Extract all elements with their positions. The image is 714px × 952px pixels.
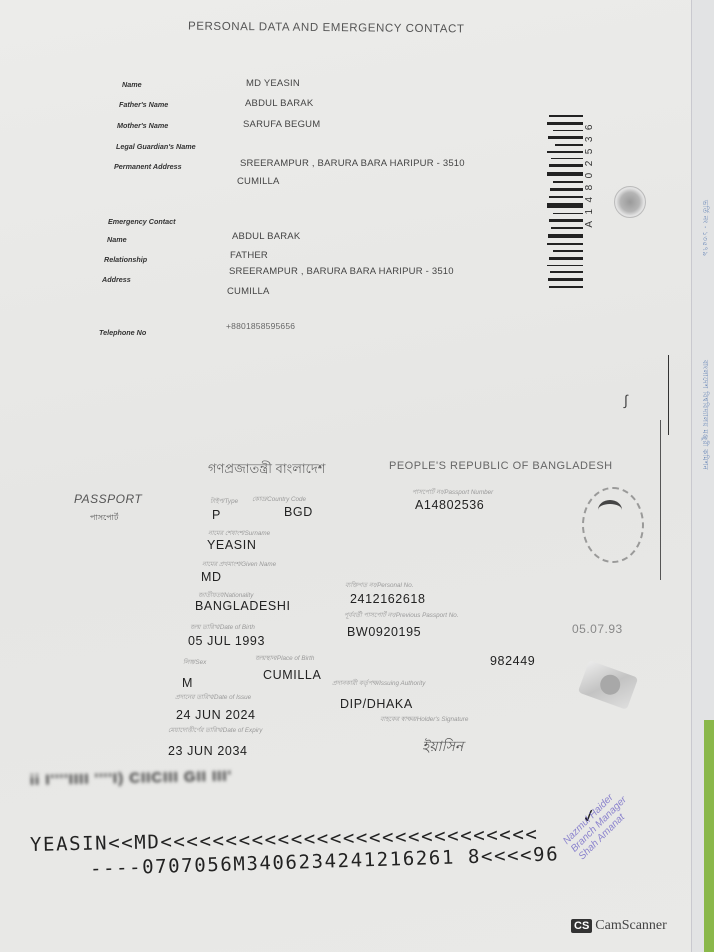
value-nationality: BANGLADESHI [195,599,291,613]
caption-country-code: কোড/Country Code [252,494,306,505]
value-type: P [212,508,221,522]
value-surname: YEASIN [207,538,256,552]
value-relationship: FATHER [230,250,268,261]
value-emergency-name: ABDUL BARAK [232,231,300,242]
value-country-code: BGD [284,505,313,519]
value-address-line2: CUMILLA [227,286,270,297]
passport-photo-ghost [582,487,644,563]
caption-type: টাইপ/Type [210,496,238,507]
barcode-bar [547,243,583,245]
value-given-name: MD [201,570,222,584]
label-emergency-name: Name [107,235,127,244]
barcode-bar [549,286,583,288]
value-authority: DIP/DHAKA [340,697,413,711]
camscanner-watermark: CS CamScanner [571,918,667,934]
barcode-digits: A14802536 [584,118,595,228]
caption-issue-date: প্রদানের তারিখ/Date of Issue [175,692,251,703]
value-prev-passport: BW0920195 [347,625,421,639]
caption-passport-number: পাসপোর্ট নং/Passport Number [412,487,493,498]
barcode-bar [551,227,583,229]
caption-sex: লিঙ্গ/Sex [183,657,206,668]
form-title: PERSONAL DATA AND EMERGENCY CONTACT [188,21,465,36]
passport-word-bangla: পাসপোর্ট [90,512,118,525]
caption-signature: বাহকের স্বাক্ষর/Holder's Signature [380,714,468,725]
label-mothers-name: Mother's Name [117,121,168,130]
label-guardian-name: Legal Guardian's Name [116,142,196,151]
barcode [545,115,583,305]
barcode-bar [548,234,583,238]
edge-green-band [704,720,714,952]
barcode-bar [553,213,583,214]
value-issue-date: 24 JUN 2024 [176,708,256,722]
value-permanent-address-line2: CUMILLA [237,176,280,187]
barcode-bar [549,257,583,260]
barcode-bar [553,181,583,183]
label-fathers-name: Father's Name [119,100,168,109]
value-name: MD YEASIN [246,78,300,89]
passport-header-english: PEOPLE'S REPUBLIC OF BANGLADESH [389,460,613,472]
holder-signature: ইয়াসিন [422,735,463,759]
caption-dob: জন্ম তারিখ/Date of Birth [190,622,255,633]
emergency-heading: Emergency Contact [108,217,176,226]
edge-text: বাংলাদেশ বিশ্ববিদ্যালয় মঞ্জুরী কমিশন [698,360,710,470]
seal-hologram [614,186,646,218]
divider-line [668,355,669,435]
barcode-bar [555,144,583,146]
barcode-bar [549,219,583,222]
page-edge-strip: ভর্তি নং - ১৩৫৭৯ বাংলাদেশ বিশ্ববিদ্যালয়… [691,0,714,952]
value-fathers-name: ABDUL BARAK [245,98,313,109]
value-personal-no: 2412162618 [350,592,426,606]
caption-place-of-birth: জন্মস্থান/Place of Birth [255,653,314,664]
label-name: Name [122,80,142,89]
caption-prev-passport: পূর্ববর্তী পাসপোর্ট নং/Previous Passport… [344,610,459,621]
label-permanent-address: Permanent Address [114,162,182,171]
value-extra-number: 982449 [490,654,535,668]
barcode-bar [549,196,583,198]
ghost-photo [578,660,638,710]
barcode-bar [551,158,583,159]
edge-text: ভর্তি নং - ১৩৫৭৯ [698,200,710,257]
barcode-bar [553,130,583,131]
barcode-bar [550,271,583,273]
value-passport-number: A14802536 [415,498,484,512]
barcode-bar [547,122,583,125]
photo-head-outline [598,500,622,520]
ghost-dob: 05.07.93 [572,622,623,636]
barcode-bar [550,188,583,191]
barcode-bar [549,164,583,167]
camscanner-logo-icon: CS [571,919,592,933]
handwritten-mark: ∫ [624,392,628,408]
value-address: SREERAMPUR , BARURA BARA HARIPUR - 3510 [229,266,454,277]
caption-given-name: নামের প্রথমাংশ/Given Name [202,559,276,570]
divider-line [660,420,661,580]
label-telephone: Telephone No [99,328,146,337]
value-mothers-name: SARUFA BEGUM [243,119,320,130]
value-expiry: 23 JUN 2034 [168,744,248,758]
value-dob: 05 JUL 1993 [188,634,265,648]
barcode-bar [547,151,583,153]
value-sex: M [182,676,193,690]
passport-header-bangla: গণপ্রজাতন্ত্রী বাংলাদেশ [208,460,325,481]
label-relationship: Relationship [104,255,147,264]
caption-personal-no: ব্যক্তিগত নং/Personal No. [345,580,413,591]
barcode-bar [548,136,583,139]
passport-word: PASSPORT [74,492,142,506]
officer-stamp: Nazmul Haider Branch Manager Shah Amanat [561,787,637,863]
barcode-bar [548,278,583,281]
value-permanent-address: SREERAMPUR , BARURA BARA HARIPUR - 3510 [240,158,465,169]
blurred-text-band: ii I''''IIII ''''I) CIICIII GII III' [30,758,691,808]
caption-expiry: মেয়াদোত্তীর্ণের তারিখ/Date of Expiry [168,725,262,736]
label-address: Address [102,275,131,284]
barcode-bar [549,115,583,117]
barcode-bar [547,203,583,208]
barcode-bar [547,172,583,176]
barcode-bar [553,250,583,252]
value-telephone: +8801858595656 [226,321,295,331]
barcode-bar [547,265,583,266]
caption-authority: প্রদানকারী কর্তৃপক্ষ/Issuing Authority [332,678,425,689]
value-place-of-birth: CUMILLA [263,668,321,682]
camscanner-name: CamScanner [595,918,667,934]
scanned-page: PERSONAL DATA AND EMERGENCY CONTACT Name… [0,0,700,952]
